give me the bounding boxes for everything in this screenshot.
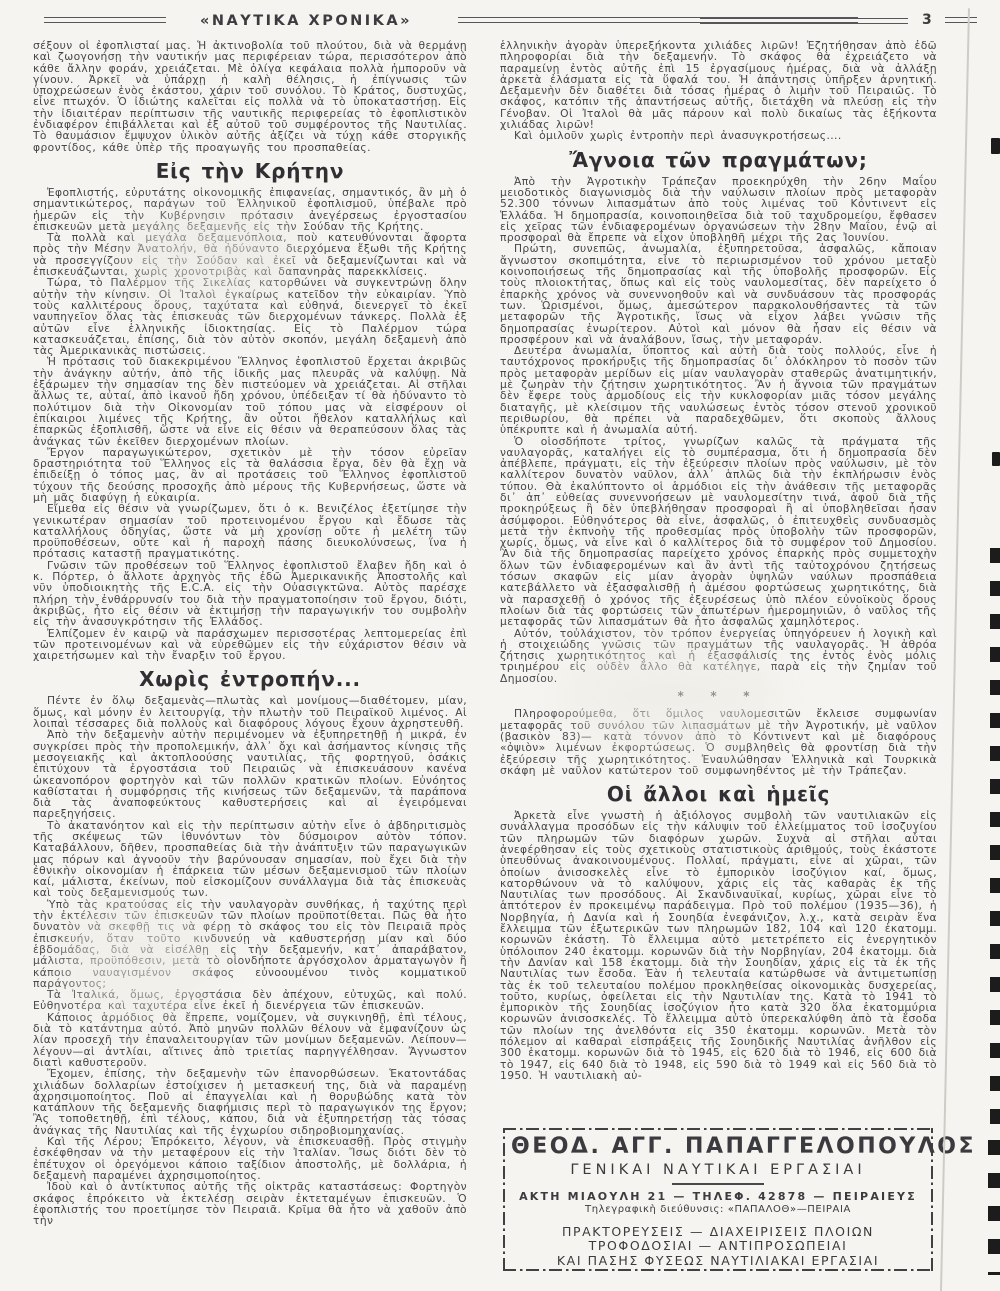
section-heading-oi-alloi-kai-imeis: Οἱ ἄλλοι καὶ ἡμεῖς bbox=[500, 783, 937, 805]
article-paragraph: Τὸ ἀκατανόητον καὶ εἰς τὴν περίπτωσιν αὐ… bbox=[33, 820, 467, 899]
article-paragraph: Πληροφορούμεθα, ὅτι ὅμιλος ναυλομεσιτῶν … bbox=[500, 708, 937, 776]
article-paragraph: Τὰ Ἰταλικά, ὅμως, ἐργοστάσια δὲν ἀπέχουν… bbox=[33, 989, 467, 1012]
asterisk-separator: * * * bbox=[500, 691, 937, 702]
ad-telegraph-line: Τηλεγραφικὴ διεύθυνσις: «ΠΑΠΑΛΟΘ»—ΠΕΙΡΑΙ… bbox=[511, 1203, 925, 1216]
article-paragraph: Τώρα, τὸ Παλέρμον τῆς Σικελίας κατορθώνε… bbox=[33, 277, 467, 356]
ad-address-line: ΑΚΤΗ ΜΙΑΟΥΛΗ 21 — ΤΗΛΕΦ. 42878 — ΠΕΙΡΑΙΕ… bbox=[511, 1190, 925, 1203]
article-paragraph: Πρώτη, συνεπῶς, ἀνωμαλία, ἐξυπηρετοῦσα, … bbox=[500, 243, 937, 345]
article-paragraph: Πέντε ἐν ὅλῳ δεξαμενὰς—πλωτὰς καὶ μονίμο… bbox=[33, 695, 467, 729]
masthead-title: «ΝΑΥΤΙΚΑ ΧΡΟΝΙΚΑ» bbox=[200, 13, 460, 29]
ad-border-left bbox=[503, 1128, 505, 1271]
article-column-right: ἑλληνικὴν ἀγορὰν ὑπερεξήκοντα χιλιάδες λ… bbox=[500, 40, 937, 1126]
article-paragraph: Γνῶσιν τῶν προθέσεων τοῦ Ἕλληνος ἐφοπλισ… bbox=[33, 560, 467, 628]
article-paragraph: Δευτέρα ἀνωμαλία, ὕποπτος καὶ αὐτὴ διὰ τ… bbox=[500, 345, 937, 435]
ad-border-bottom bbox=[503, 1269, 933, 1271]
section-heading-eis-tin-kritin: Εἰς τὴν Κρήτην bbox=[33, 160, 467, 182]
article-paragraph: Ἰδοὺ καὶ ὁ ἀντίκτυπος αὐτῆς τῆς οἰκτρᾶς … bbox=[33, 1181, 467, 1226]
article-paragraph: σέξουν οἱ ἐφοπλισταί μας. Ἡ ἀκτινοβολία … bbox=[33, 40, 467, 153]
article-paragraph: Ἔργον παραγωγικώτερον, σχετικὸν μὲ τὴν τ… bbox=[33, 447, 467, 503]
article-paragraph: Ἐλπίζομεν ἐν καιρῷ νὰ παράσχωμεν περισσο… bbox=[33, 628, 467, 662]
article-paragraph: Ὑπὸ τὰς κρατούσας εἰς τὴν ναυλαγορὰν συν… bbox=[33, 899, 467, 989]
advertisement-box: ΘΕΟΔ. ΑΓΓ. ΠΑΠΑΓΓΕΛΟΠΟΥΛΟΣ ΓΕΝΙΚΑΙ ΝΑΥΤΙ… bbox=[503, 1128, 933, 1271]
article-paragraph: Ἀπὸ τὴν Ἀγροτικὴν Τράπεζαν προεκηρύχθη τ… bbox=[500, 176, 937, 244]
article-paragraph: Κάποιος ἁρμόδιος θὰ ἔπρεπε, νομίζομεν, ν… bbox=[33, 1012, 467, 1068]
ad-border-top bbox=[503, 1128, 933, 1130]
article-paragraph: Ἐφοπλιστής, εὐρυτάτης οἰκονομικῆς ἐπιφαν… bbox=[33, 187, 467, 232]
page-edge-scan-line bbox=[940, 8, 969, 1291]
binding-mark bbox=[992, 452, 1000, 466]
article-paragraph: Εἴμεθα εἰς θέσιν νὰ γνωρίζωμεν, ὅτι ὁ κ.… bbox=[33, 503, 467, 559]
ad-service-line: ΚΑΙ ΠΑΣΗΣ ΦΥΣΕΩΣ ΝΑΥΤΙΛΙΑΚΑΙ ΕΡΓΑΣΙΑΙ bbox=[511, 1254, 925, 1269]
ad-company-subtitle: ΓΕΝΙΚΑΙ ΝΑΥΤΙΚΑΙ ΕΡΓΑΣΙΑΙ bbox=[511, 1161, 925, 1179]
page-number: 3 bbox=[922, 12, 932, 28]
ad-divider-rule bbox=[672, 1183, 764, 1185]
binding-marks-strip-lower bbox=[988, 1140, 1000, 1275]
article-paragraph: Αὐτόν, τοὐλάχιστον, τὸν τρόπον ἐνεργείας… bbox=[500, 628, 937, 684]
article-paragraph: Ὁ οἱοσδήποτε τρίτος, γνωρίζων καλῶς τὰ π… bbox=[500, 436, 937, 628]
ad-service-line: ΠΡΑΚΤΟΡΕΥΣΕΙΣ — ΔΙΑΧΕΙΡΙΣΕΙΣ ΠΛΟΙΩΝ bbox=[511, 1225, 925, 1240]
article-paragraph: Καὶ ὁμιλοῦν χωρὶς ἐντροπὴν περὶ ἀνασυγκρ… bbox=[500, 130, 937, 141]
article-paragraph: ἑλληνικὴν ἀγορὰν ὑπερεξήκοντα χιλιάδες λ… bbox=[500, 40, 937, 130]
binding-marks-strip bbox=[990, 548, 1000, 1133]
article-paragraph: Καὶ τῆς Λέρου; Ἐπρόκειτο, λέγουν, νὰ ἐπι… bbox=[33, 1136, 467, 1181]
article-column-left: σέξουν οἱ ἐφοπλισταί μας. Ἡ ἀκτινοβολία … bbox=[33, 40, 467, 1245]
binding-mark bbox=[991, 138, 1000, 154]
header-rule-right bbox=[945, 17, 977, 23]
header-rule-middle-2 bbox=[700, 18, 908, 24]
article-paragraph: Ἀπὸ τὴν δεξαμενὴν αὐτὴν περιμένομεν νὰ ἐ… bbox=[33, 729, 467, 819]
article-paragraph: Τὰ πολλὰ καὶ μεγάλα δεξαμενόπλοια, ποὺ κ… bbox=[33, 232, 467, 277]
article-paragraph: Ἔχομεν, ἐπίσης, τὴν δεξαμενὴν τῶν ἐπανορ… bbox=[33, 1068, 467, 1136]
header-rule-left bbox=[44, 17, 166, 23]
section-heading-agnoia-ton-pragmaton: Ἄγνοια τῶν πραγμάτων; bbox=[500, 149, 937, 171]
section-heading-xoris-entropin: Χωρὶς ἐντροπήν... bbox=[33, 668, 467, 690]
article-paragraph: Ἡ πρότασις τοῦ διακεκριμένου Ἕλληνος ἐφο… bbox=[33, 356, 467, 446]
ad-services-list: ΠΡΑΚΤΟΡΕΥΣΕΙΣ — ΔΙΑΧΕΙΡΙΣΕΙΣ ΠΛΟΙΩΝ ΤΡΟΦ… bbox=[511, 1225, 925, 1269]
article-paragraph: Ἀρκετὰ εἶνε γνωστὴ ἡ ἀξιόλογος συμβολὴ τ… bbox=[500, 810, 937, 1081]
ad-service-line: ΤΡΟΦΟΔΟΣΙΑΙ — ΑΝΤΙΠΡΟΣΩΠΕΙΑΙ bbox=[511, 1239, 925, 1254]
ad-company-name: ΘΕΟΔ. ΑΓΓ. ΠΑΠΑΓΓΕΛΟΠΟΥΛΟΣ bbox=[511, 1135, 925, 1159]
